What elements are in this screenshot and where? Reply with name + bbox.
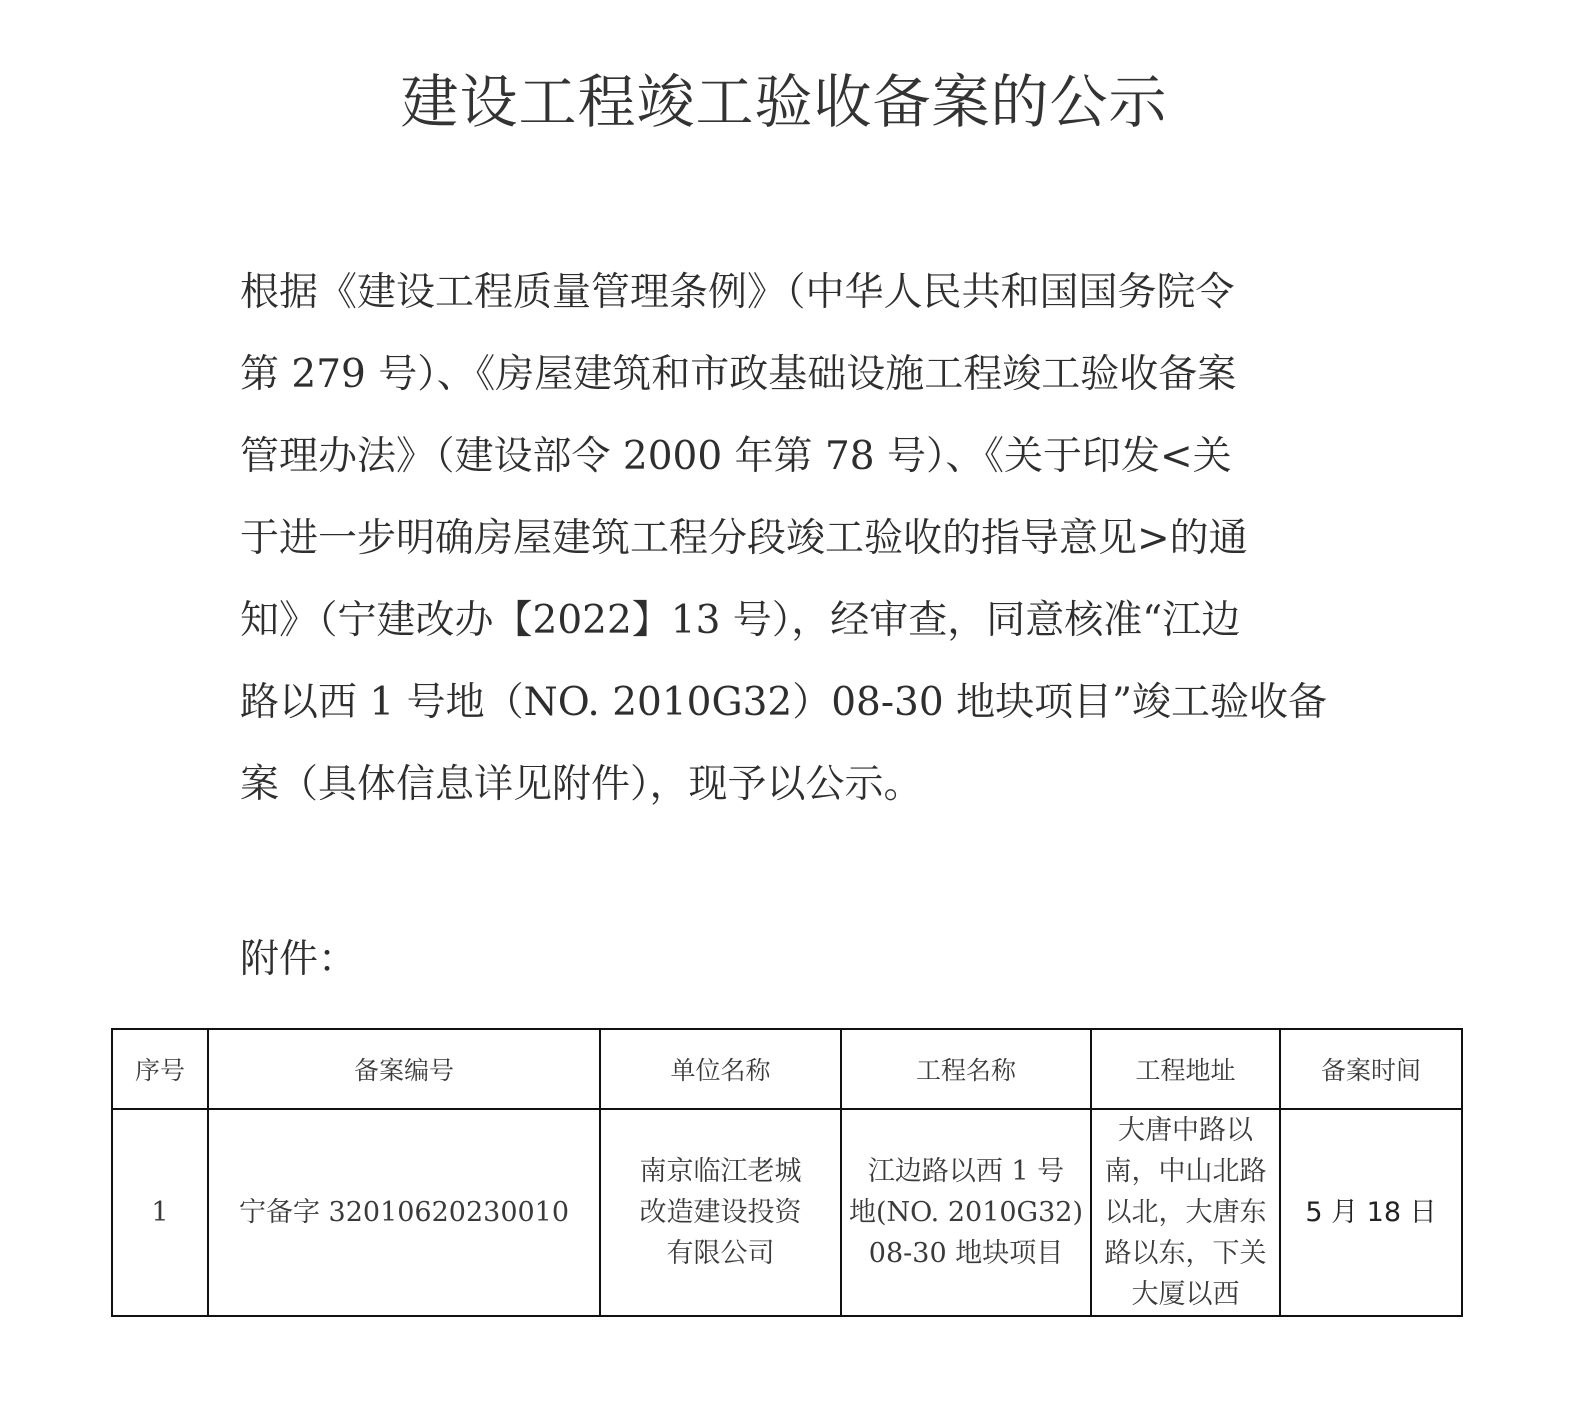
header-record-date: 备案时间 [1280, 1029, 1462, 1109]
record-table: 序号 备案编号 单位名称 工程名称 工程地址 备案时间 1 宁备字 320106… [111, 1028, 1463, 1317]
cell-project-name: 江边路以西 1 号 地(NO. 2010G32) 08-30 地块项目 [841, 1109, 1091, 1316]
table-header-row: 序号 备案编号 单位名称 工程名称 工程地址 备案时间 [112, 1029, 1462, 1109]
body-line: 路以西 1 号地（NO. 2010G32）08-30 地块项目”竣工验收备 [240, 662, 1340, 744]
body-line: 根据《建设工程质量管理条例》（中华人民共和国国务院令 [240, 252, 1340, 334]
body-line: 于进一步明确房屋建筑工程分段竣工验收的指导意见>的通 [240, 498, 1340, 580]
cell-company: 南京临江老城 改造建设投资 有限公司 [600, 1109, 841, 1316]
address-line: 南，中山北路 [1092, 1151, 1279, 1192]
project-line: 地(NO. 2010G32) [842, 1192, 1090, 1233]
project-line: 08-30 地块项目 [842, 1233, 1090, 1274]
address-line: 大唐中路以 [1092, 1110, 1279, 1151]
cell-project-address: 大唐中路以 南，中山北路 以北，大唐东 路以东，下关 大厦以西 [1091, 1109, 1280, 1316]
document-title: 建设工程竣工验收备案的公示 [0, 62, 1568, 142]
header-company: 单位名称 [600, 1029, 841, 1109]
address-line: 以北，大唐东 [1092, 1192, 1279, 1233]
table-row: 1 宁备字 32010620230010 南京临江老城 改造建设投资 有限公司 … [112, 1109, 1462, 1316]
cell-record-number: 宁备字 32010620230010 [208, 1109, 600, 1316]
cell-record-date: 5 月 18 日 [1280, 1109, 1462, 1316]
header-record-number: 备案编号 [208, 1029, 600, 1109]
announcement-body: 根据《建设工程质量管理条例》（中华人民共和国国务院令 第 279 号）、《房屋建… [240, 252, 1340, 826]
body-line: 案（具体信息详见附件），现予以公示。 [240, 744, 1340, 826]
company-line: 改造建设投资 [601, 1192, 840, 1233]
header-project-name: 工程名称 [841, 1029, 1091, 1109]
cell-index: 1 [112, 1109, 208, 1316]
attachment-label: 附件： [240, 930, 357, 990]
header-index: 序号 [112, 1029, 208, 1109]
address-line: 路以东，下关 [1092, 1233, 1279, 1274]
header-project-address: 工程地址 [1091, 1029, 1280, 1109]
address-line: 大厦以西 [1092, 1274, 1279, 1315]
company-line: 南京临江老城 [601, 1151, 840, 1192]
body-line: 管理办法》（建设部令 2000 年第 78 号）、《关于印发<关 [240, 416, 1340, 498]
company-line: 有限公司 [601, 1233, 840, 1274]
project-line: 江边路以西 1 号 [842, 1151, 1090, 1192]
body-line: 第 279 号）、《房屋建筑和市政基础设施工程竣工验收备案 [240, 334, 1340, 416]
body-line: 知》（宁建改办【2022】13 号），经审查，同意核准“江边 [240, 580, 1340, 662]
